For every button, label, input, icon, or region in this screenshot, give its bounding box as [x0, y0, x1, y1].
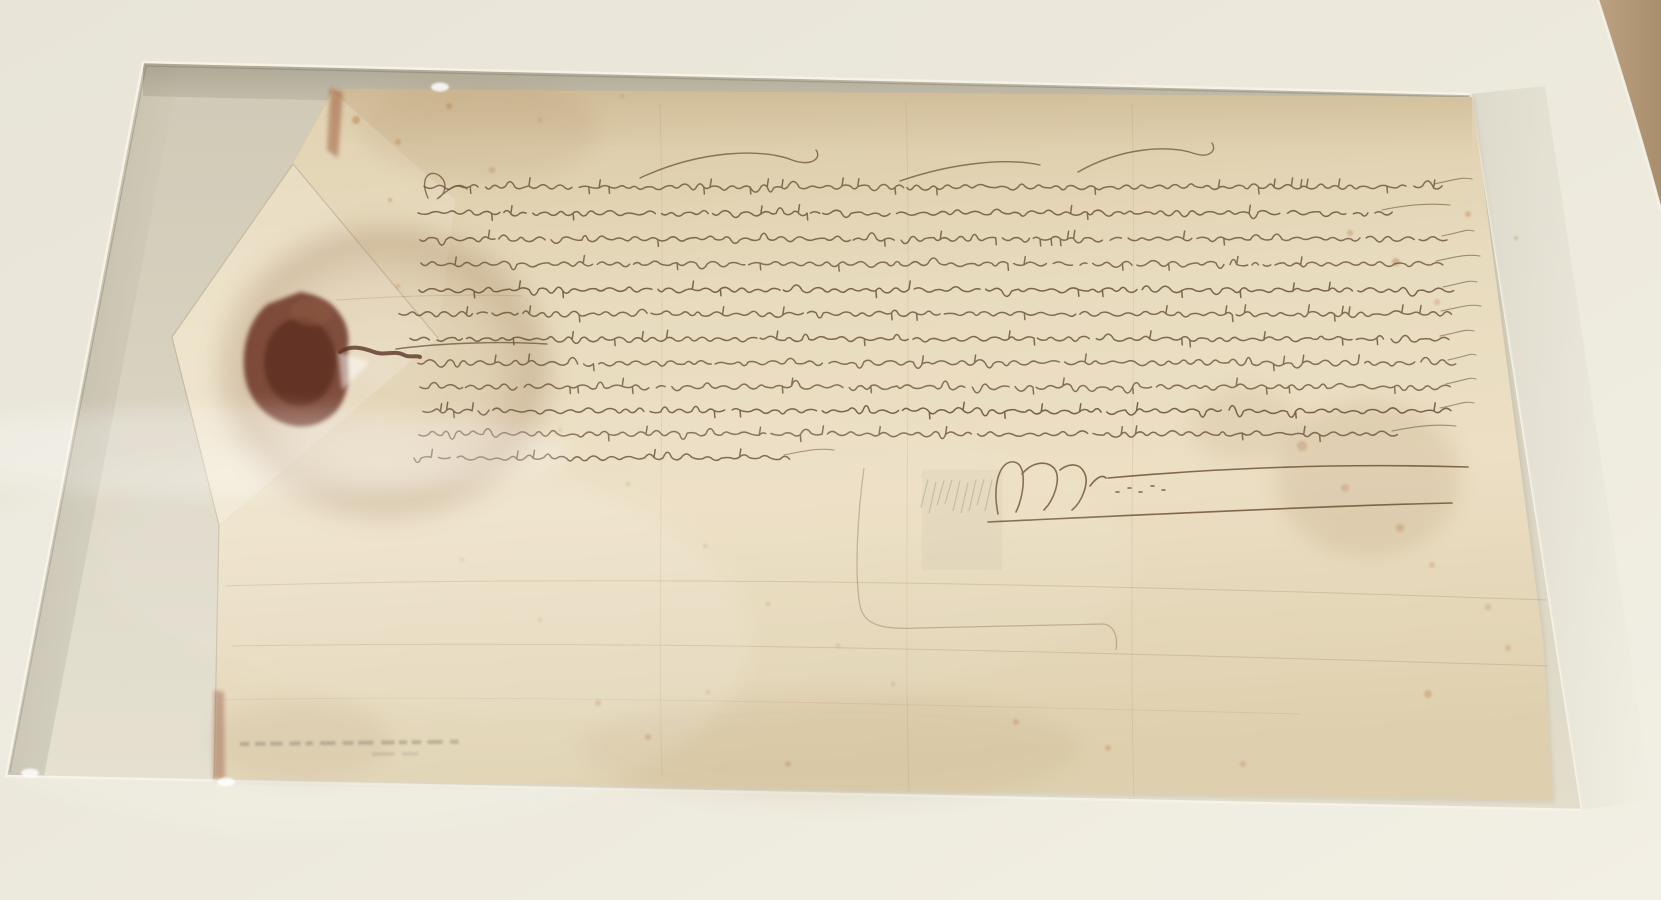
stain-patch [1190, 387, 1300, 463]
foxing-spot [1424, 690, 1432, 698]
foxing-spot [489, 167, 495, 173]
foxing-spot [1429, 562, 1435, 568]
foxing-spot [1465, 211, 1471, 217]
foxing-spot [1297, 441, 1307, 451]
seal-wax-chip [290, 298, 334, 326]
seal-wax-core [264, 318, 336, 406]
foxing-spot [395, 139, 401, 145]
foxing-spot [396, 284, 400, 288]
foxing-spot [352, 116, 360, 124]
stain-patch [360, 80, 600, 180]
foxing-spot [446, 103, 452, 109]
foxing-spot [1105, 745, 1111, 751]
foxing-spot [1514, 236, 1518, 240]
foxing-spot [1341, 484, 1349, 492]
foxing-spot [1396, 524, 1404, 532]
foxing-spot [620, 94, 624, 98]
foxing-spot [1505, 645, 1511, 651]
foxing-spot [538, 118, 542, 122]
framed-manuscript-photo [0, 0, 1661, 900]
glare-soft-center [100, 400, 1140, 720]
foxing-spot [1013, 719, 1019, 725]
stain-patch [1276, 400, 1460, 556]
scene-canvas [0, 0, 1661, 900]
mounting-clip [431, 83, 449, 92]
foxing-spot [785, 761, 791, 767]
foxing-spot [1240, 761, 1246, 767]
foxing-spot [388, 198, 392, 202]
foxing-spot [1434, 299, 1440, 305]
foxing-spot [1347, 230, 1353, 236]
foxing-spot [1485, 604, 1491, 610]
